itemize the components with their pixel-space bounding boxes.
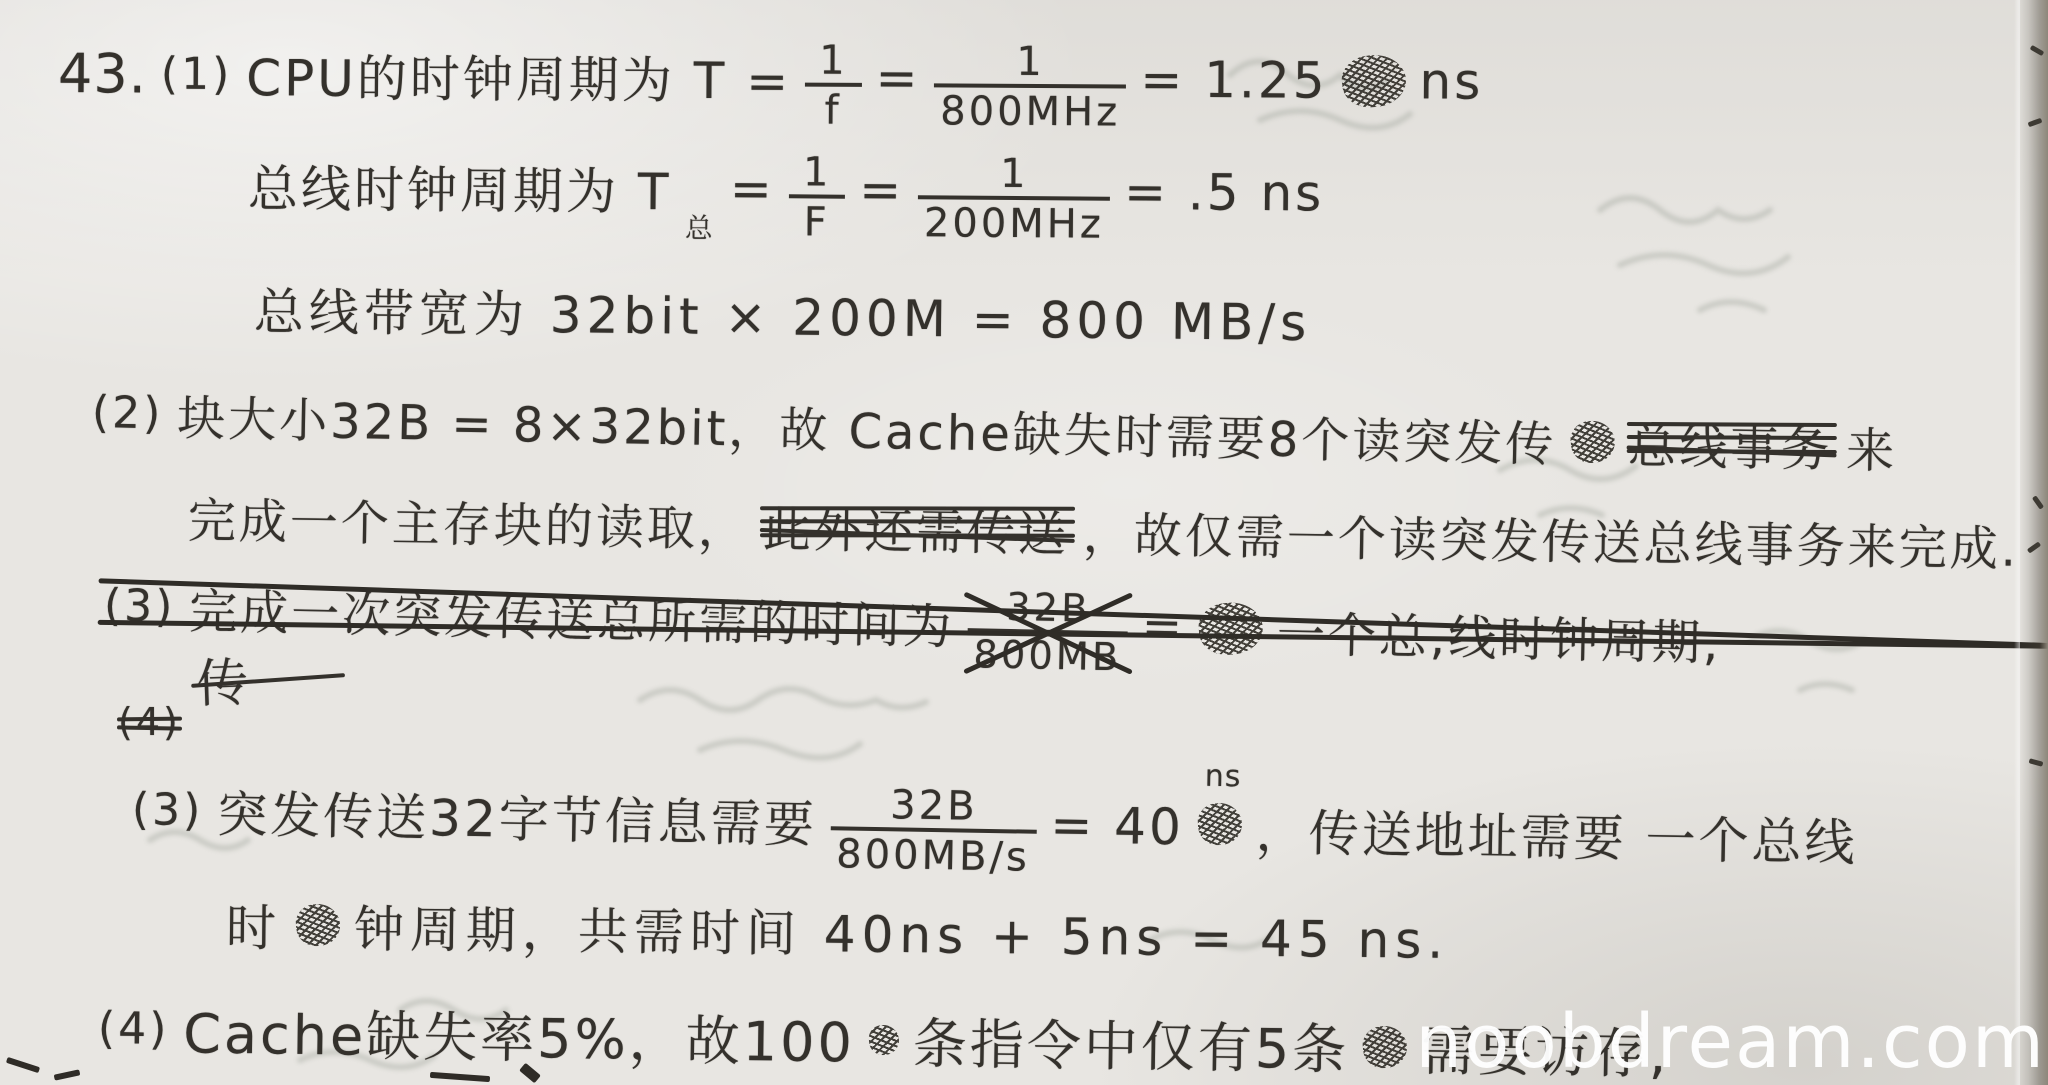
fraction-1-over-F: 1 F: [788, 150, 845, 244]
equals-sign: =: [730, 160, 775, 218]
part2-line1-tail: 来: [1846, 412, 1898, 482]
bus-line-result: = .5 ns: [1124, 163, 1325, 223]
part3-result: = 40: [1050, 796, 1184, 856]
part3-line2-lead: 时: [226, 888, 283, 961]
part1-label: (1): [161, 48, 233, 99]
scribbled-out-unit: [1339, 52, 1409, 111]
cut-off-next-line-fragment: [6, 1057, 40, 1073]
overwritten-character: [1568, 418, 1616, 464]
struck-character-chuan: 传: [195, 640, 253, 717]
line-bus-bandwidth: 总线带宽为 32bit × 200M = 800 MB/s: [254, 272, 1312, 355]
line-part2-first: (2) 块大小32B = 8×32bit，故 Cache缺失时需要8个读突发传 …: [91, 378, 1898, 482]
line-part3-first: (3) 突发传送32字节信息需要 32B 800MB/s = 40 ns ，传送…: [131, 762, 1858, 886]
bandwidth-text: 总线带宽为 32bit × 200M = 800 MB/s: [254, 272, 1312, 355]
fraction-32b-over-800mbs: 32B 800MB/s: [830, 782, 1037, 880]
struck-text-also-need-transfer: 此外还需传送: [762, 491, 1069, 565]
line-bus-clock-period: 总线时钟周期为 T 总 = 1 F = 1 200MHz = .5 ns: [248, 138, 1325, 240]
fraction-32b-over-800mb-struck: 32B 800MB: [967, 586, 1129, 680]
watermark: noobdream.com: [1415, 999, 2046, 1085]
struck-text-bus-transaction: 总线事务: [1628, 408, 1833, 481]
part4-mid: 条指令中仅有5条: [912, 1001, 1349, 1084]
part3-line1-lead: 突发传送32字节信息需要: [217, 774, 818, 856]
fraction-1-over-800mhz: 1 800MHz: [934, 39, 1127, 134]
cpu-line-result: = 1.25: [1140, 51, 1327, 110]
scribbled-out-unit: [1196, 801, 1244, 847]
deleted-tail: 一个总,线时钟周期,: [1276, 595, 1722, 673]
part3-line2-rest: 钟周期，共需时间 40ns + 5ns = 45 ns.: [354, 889, 1450, 972]
deleted-text: 完成一次突发传送总所需的时间为: [189, 573, 955, 658]
ns-annotation: ns: [1204, 759, 1241, 795]
part2-line1-lead: 块大小32B = 8×32bit，故 Cache缺失时需要8个读突发传: [177, 380, 1557, 475]
part3-label: (3): [132, 784, 204, 836]
line-deleted-part4-start: 传: [195, 640, 253, 717]
part4-lead: Cache缺失率5%，故100: [183, 991, 856, 1077]
line-deleted-part4-label: (4): [118, 700, 181, 744]
problem-number: 43.: [58, 42, 147, 106]
scribble-with-ns-above: ns: [1197, 799, 1242, 858]
part4-label: (4): [98, 1003, 170, 1055]
part3-line1-tail: ，传送地址需要 一个总线: [1255, 793, 1858, 875]
line-part3-second: 时 钟周期，共需时间 40ns + 5ns = 45 ns.: [226, 888, 1450, 973]
deleted-part3-label: (3): [103, 580, 175, 632]
scribbled-out-result: [1197, 600, 1266, 658]
part2-line2-lead: 完成一个主存块的读取，: [187, 482, 749, 560]
crossed-out-character: [1361, 1023, 1409, 1070]
bus-line-lead: 总线时钟周期为 T: [248, 149, 672, 224]
part2-label: (2): [92, 387, 164, 439]
deleted-equals: =: [1141, 599, 1185, 656]
equals-sign: =: [875, 49, 920, 107]
overwritten-character: [294, 902, 342, 949]
notebook-page: 43. (1) CPU的时钟周期为 T = 1 f = 1 800MHz = 1…: [0, 0, 2048, 1085]
struck-label-4: (4): [118, 700, 181, 744]
part2-line2-tail: ，故仅需一个读突发传送总线事务来完成.: [1082, 496, 2019, 580]
cut-off-next-line-fragment: [54, 1069, 81, 1080]
cpu-line-lead: CPU的时钟周期为 T =: [246, 38, 791, 113]
page-edge: [2018, 0, 2048, 1085]
ink-blot: [867, 1023, 900, 1056]
cpu-line-unit: ns: [1419, 52, 1483, 110]
fraction-1-over-f: 1 f: [805, 39, 862, 133]
line-cpu-clock-period: 43. (1) CPU的时钟周期为 T = 1 f = 1 800MHz = 1…: [58, 26, 1484, 129]
equals-sign: =: [859, 161, 904, 219]
line-deleted-attempt: (3) 完成一次突发传送总所需的时间为 32B 800MB = 一个总,线时钟周…: [103, 560, 2048, 693]
fraction-1-over-200mhz: 1 200MHz: [918, 151, 1111, 247]
line-part2-second: 完成一个主存块的读取， 此外还需传送 ，故仅需一个读突发传送总线事务来完成.: [187, 482, 2019, 580]
cut-off-next-line-fragment: [430, 1072, 490, 1082]
subscript-zong: 总: [685, 205, 716, 245]
